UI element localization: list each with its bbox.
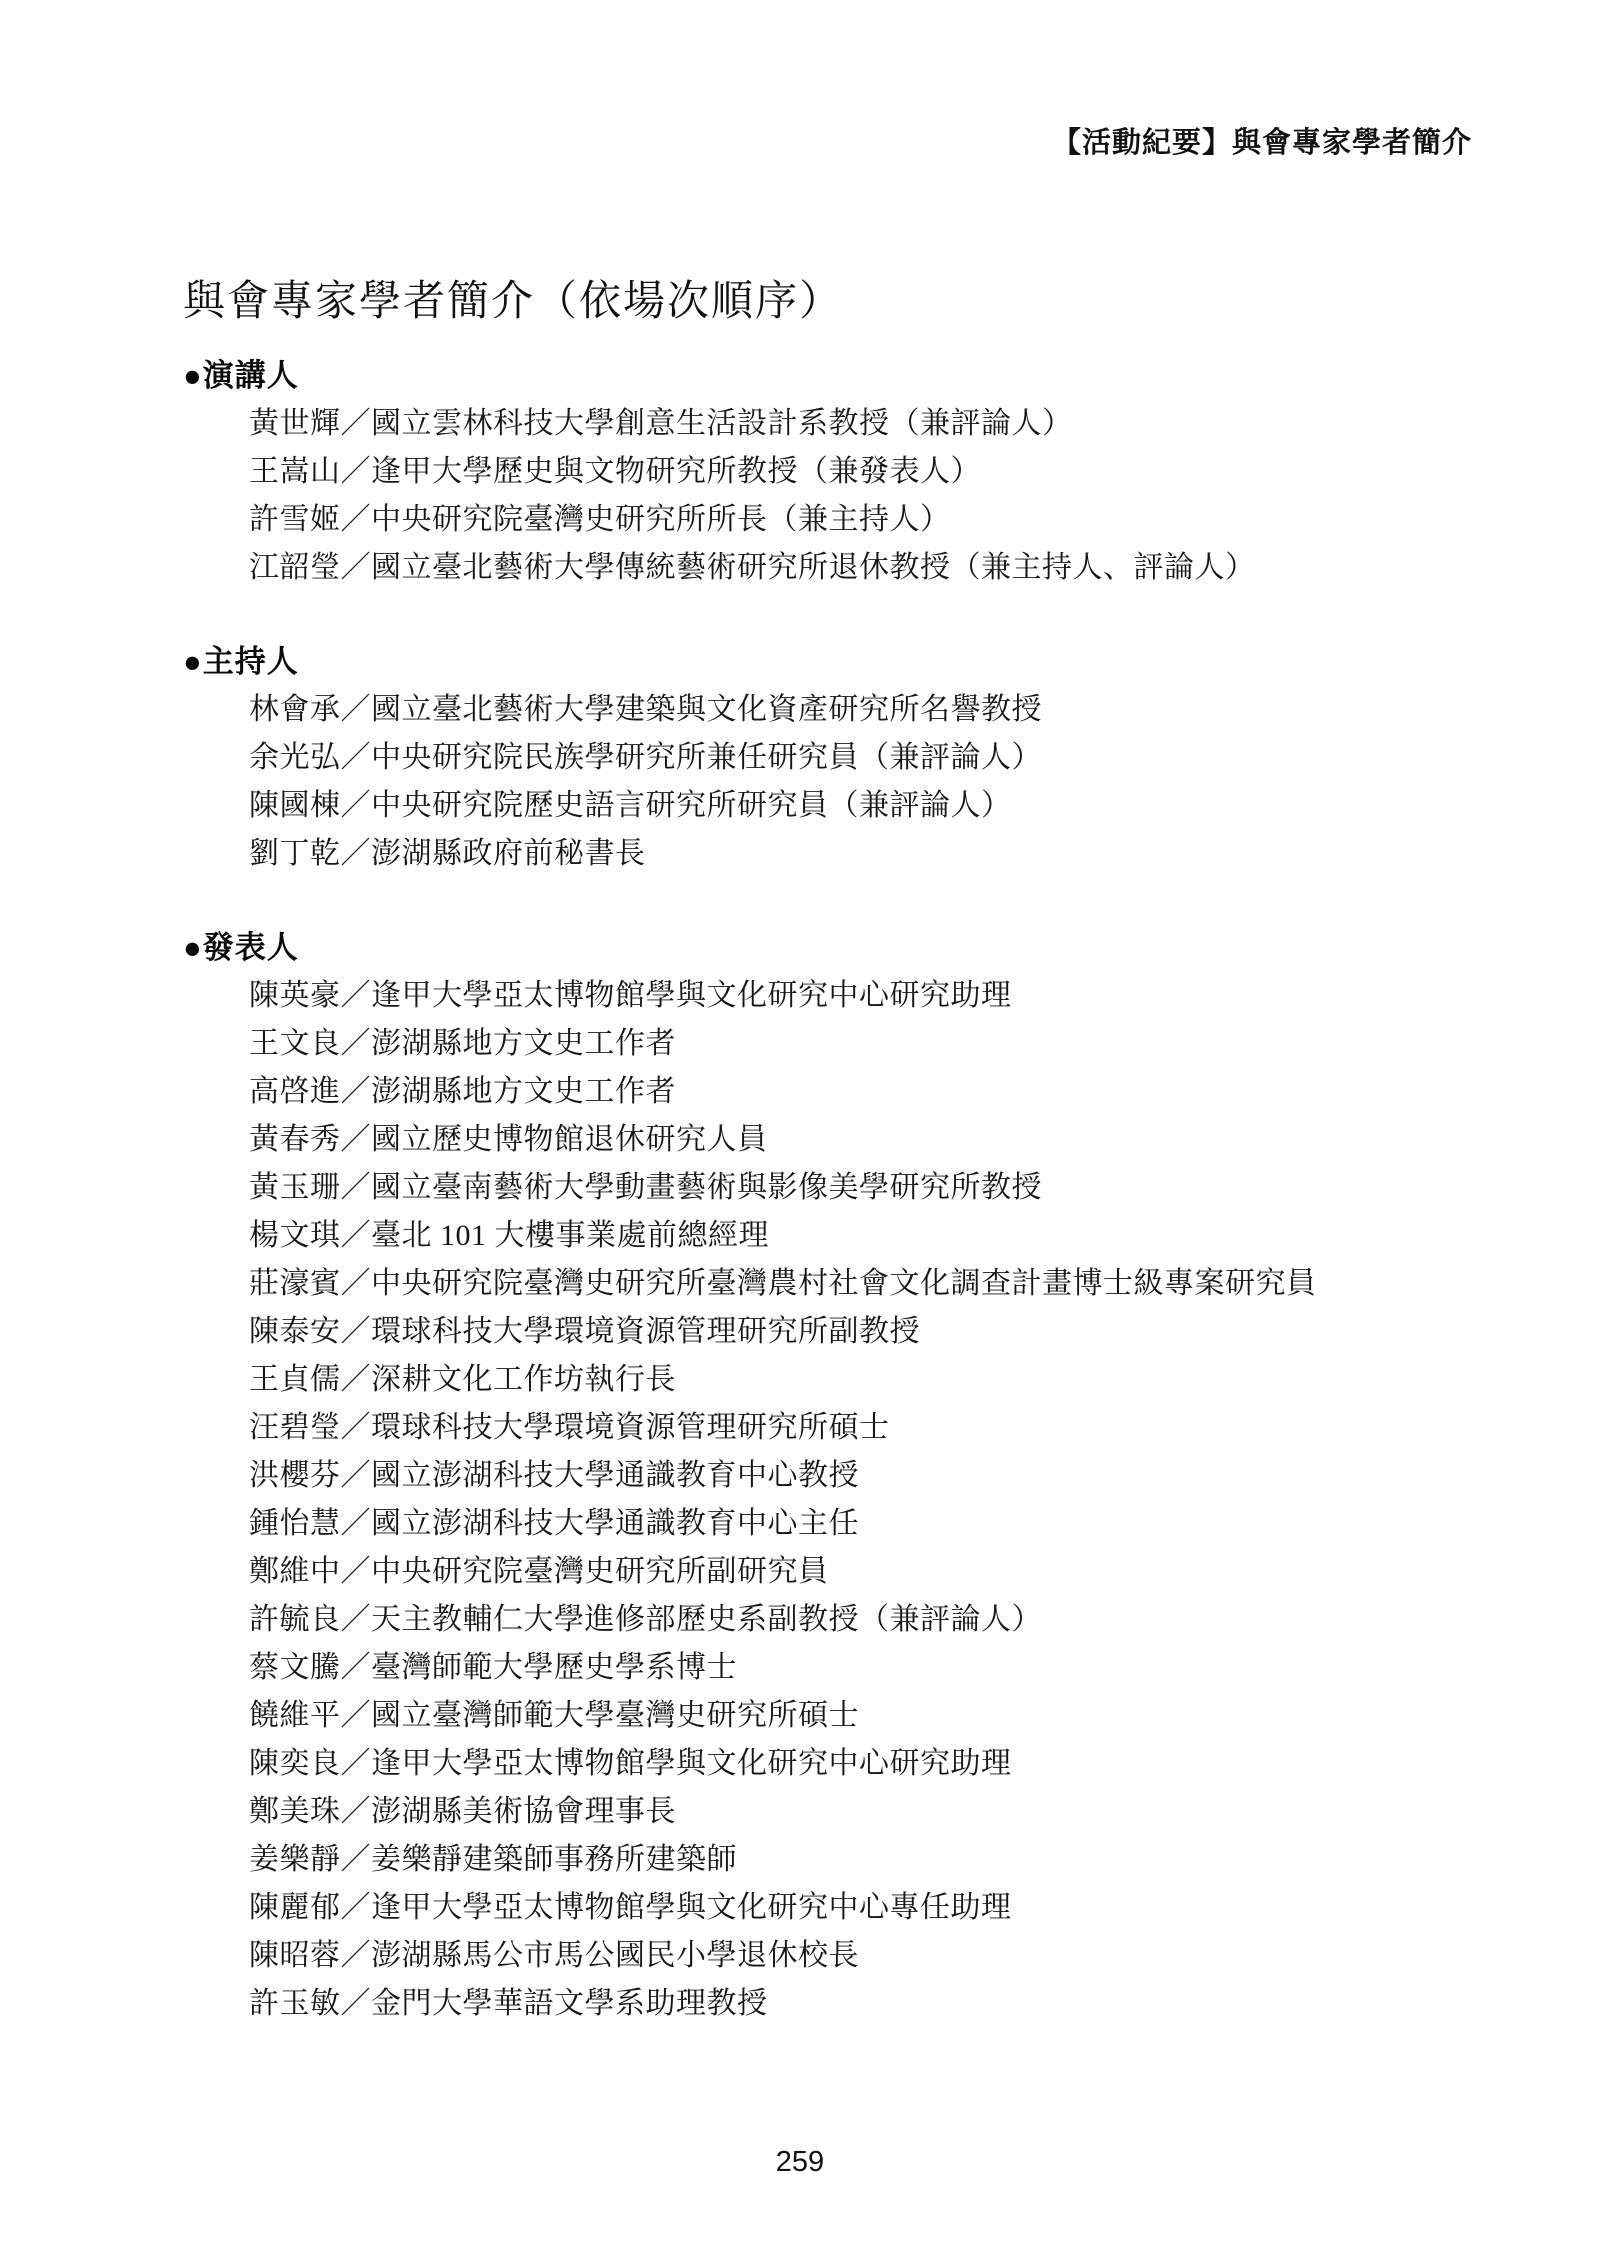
section-presenters: ●發表人 陳英豪／逢甲大學亞太博物館學與文化研究中心研究助理王文良／澎湖縣地方文… — [183, 928, 1480, 2028]
participant-entry: 洪櫻芬／國立澎湖科技大學通識教育中心教授 — [249, 1452, 1480, 1500]
section-speakers: ●演講人 黃世輝／國立雲林科技大學創意生活設計系教授（兼評論人）王嵩山／逢甲大學… — [183, 356, 1480, 592]
participant-entry: 陳國棟／中央研究院歷史語言研究所研究員（兼評論人） — [249, 782, 1480, 830]
section-label-presenters: ●發表人 — [183, 928, 1480, 968]
participant-entry: 高啓進／澎湖縣地方文史工作者 — [249, 1068, 1480, 1116]
participant-entry: 劉丁乾／澎湖縣政府前秘書長 — [249, 830, 1480, 878]
participant-entry: 鍾怡慧／國立澎湖科技大學通識教育中心主任 — [249, 1500, 1480, 1548]
participant-entry: 鄭維中／中央研究院臺灣史研究所副研究員 — [249, 1548, 1480, 1596]
section-moderators: ●主持人 林會承／國立臺北藝術大學建築與文化資產研究所名譽教授余光弘／中央研究院… — [183, 642, 1480, 878]
participant-list-content: ●演講人 黃世輝／國立雲林科技大學創意生活設計系教授（兼評論人）王嵩山／逢甲大學… — [183, 356, 1480, 2078]
document-page: 【活動紀要】與會專家學者簡介 與會專家學者簡介（依場次順序） ●演講人 黃世輝／… — [0, 0, 1600, 2263]
participant-entry: 陳麗郁／逢甲大學亞太博物館學與文化研究中心專任助理 — [249, 1884, 1480, 1932]
participant-entry: 許雪姬／中央研究院臺灣史研究所所長（兼主持人） — [249, 496, 1480, 544]
participant-entry: 江韶瑩／國立臺北藝術大學傳統藝術研究所退休教授（兼主持人、評論人） — [249, 544, 1480, 592]
participant-entry: 王嵩山／逢甲大學歷史與文物研究所教授（兼發表人） — [249, 448, 1480, 496]
page-title: 與會專家學者簡介（依場次順序） — [183, 268, 843, 328]
participant-entry: 王文良／澎湖縣地方文史工作者 — [249, 1020, 1480, 1068]
participant-entry: 陳英豪／逢甲大學亞太博物館學與文化研究中心研究助理 — [249, 972, 1480, 1020]
participant-entry: 陳奕良／逢甲大學亞太博物館學與文化研究中心研究助理 — [249, 1740, 1480, 1788]
participant-entry: 黃春秀／國立歷史博物館退休研究人員 — [249, 1116, 1480, 1164]
section-label-moderators: ●主持人 — [183, 642, 1480, 682]
page-number: 259 — [0, 2146, 1600, 2179]
moderator-entries: 林會承／國立臺北藝術大學建築與文化資產研究所名譽教授余光弘／中央研究院民族學研究… — [183, 686, 1480, 878]
participant-entry: 許玉敏／金門大學華語文學系助理教授 — [249, 1980, 1480, 2028]
participant-entry: 余光弘／中央研究院民族學研究所兼任研究員（兼評論人） — [249, 734, 1480, 782]
participant-entry: 陳泰安／環球科技大學環境資源管理研究所副教授 — [249, 1308, 1480, 1356]
participant-entry: 汪碧瑩／環球科技大學環境資源管理研究所碩士 — [249, 1404, 1480, 1452]
participant-entry: 楊文琪／臺北 101 大樓事業處前總經理 — [249, 1212, 1480, 1260]
participant-entry: 陳昭蓉／澎湖縣馬公市馬公國民小學退休校長 — [249, 1932, 1480, 1980]
participant-entry: 莊濠賓／中央研究院臺灣史研究所臺灣農村社會文化調查計畫博士級專案研究員 — [249, 1260, 1480, 1308]
participant-entry: 王貞儒／深耕文化工作坊執行長 — [249, 1356, 1480, 1404]
participant-entry: 饒維平／國立臺灣師範大學臺灣史研究所碩士 — [249, 1692, 1480, 1740]
participant-entry: 黃世輝／國立雲林科技大學創意生活設計系教授（兼評論人） — [249, 400, 1480, 448]
speaker-entries: 黃世輝／國立雲林科技大學創意生活設計系教授（兼評論人）王嵩山／逢甲大學歷史與文物… — [183, 400, 1480, 592]
participant-entry: 林會承／國立臺北藝術大學建築與文化資產研究所名譽教授 — [249, 686, 1480, 734]
participant-entry: 許毓良／天主教輔仁大學進修部歷史系副教授（兼評論人） — [249, 1596, 1480, 1644]
participant-entry: 黃玉珊／國立臺南藝術大學動畫藝術與影像美學研究所教授 — [249, 1164, 1480, 1212]
running-header: 【活動紀要】與會專家學者簡介 — [1052, 120, 1472, 161]
participant-entry: 鄭美珠／澎湖縣美術協會理事長 — [249, 1788, 1480, 1836]
participant-entry: 姜樂靜／姜樂靜建築師事務所建築師 — [249, 1836, 1480, 1884]
presenter-entries: 陳英豪／逢甲大學亞太博物館學與文化研究中心研究助理王文良／澎湖縣地方文史工作者高… — [183, 972, 1480, 2028]
section-label-speakers: ●演講人 — [183, 356, 1480, 396]
participant-entry: 蔡文騰／臺灣師範大學歷史學系博士 — [249, 1644, 1480, 1692]
